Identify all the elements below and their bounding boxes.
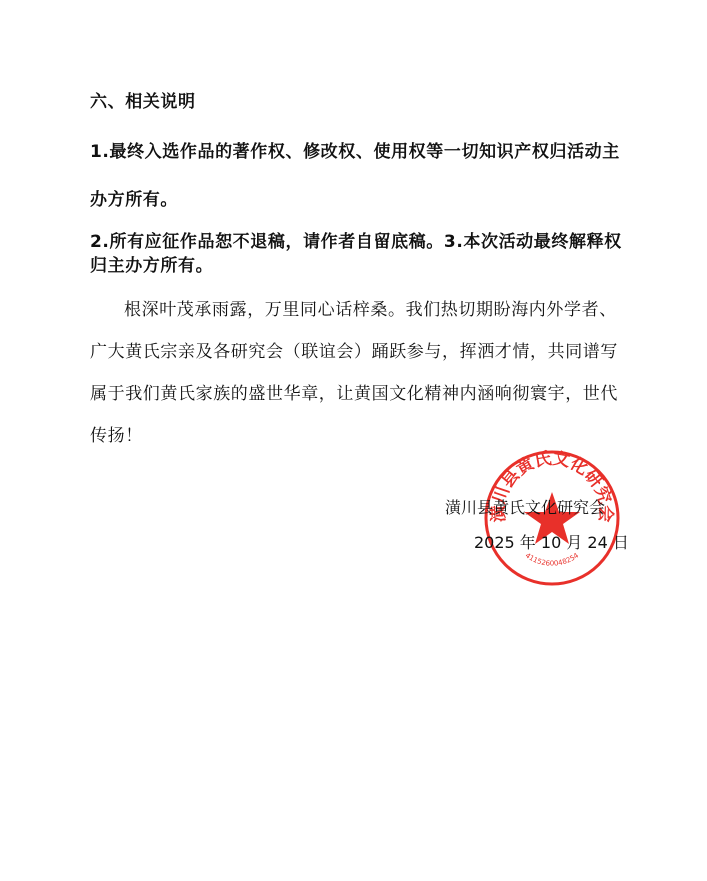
closing-line-1: 根深叶茂承雨露，万里同心话梓桑。我们热切期盼海内外学者、 <box>124 300 617 320</box>
signature-date: 2025 年 10 月 24 日 <box>474 530 629 553</box>
item-2-line-2: 归主办方所有。 <box>90 256 213 276</box>
svg-text:4115260048254: 4115260048254 <box>524 551 581 568</box>
item-1-line-1: 1.最终入选作品的著作权、修改权、使用权等一切知识产权归活动主 <box>90 142 620 162</box>
item-2-line-1: 2.所有应征作品恕不退稿，请作者自留底稿。3.本次活动最终解释权 <box>90 232 622 252</box>
section-heading: 六、相关说明 <box>90 92 196 112</box>
closing-line-2: 广大黄氏宗亲及各研究会（联谊会）踊跃参与，挥洒才情，共同谱写 <box>90 342 618 362</box>
closing-line-4: 传扬！ <box>90 426 143 446</box>
official-seal-icon: 潢川县黄氏文化研究会 4115260048254 <box>482 448 622 588</box>
closing-line-3: 属于我们黄氏家族的盛世华章，让黄国文化精神内涵响彻寰宇，世代 <box>90 384 618 404</box>
item-1-line-2: 办方所有。 <box>90 190 178 210</box>
signature-organization: 潢川县黄氏文化研究会 <box>445 495 605 518</box>
